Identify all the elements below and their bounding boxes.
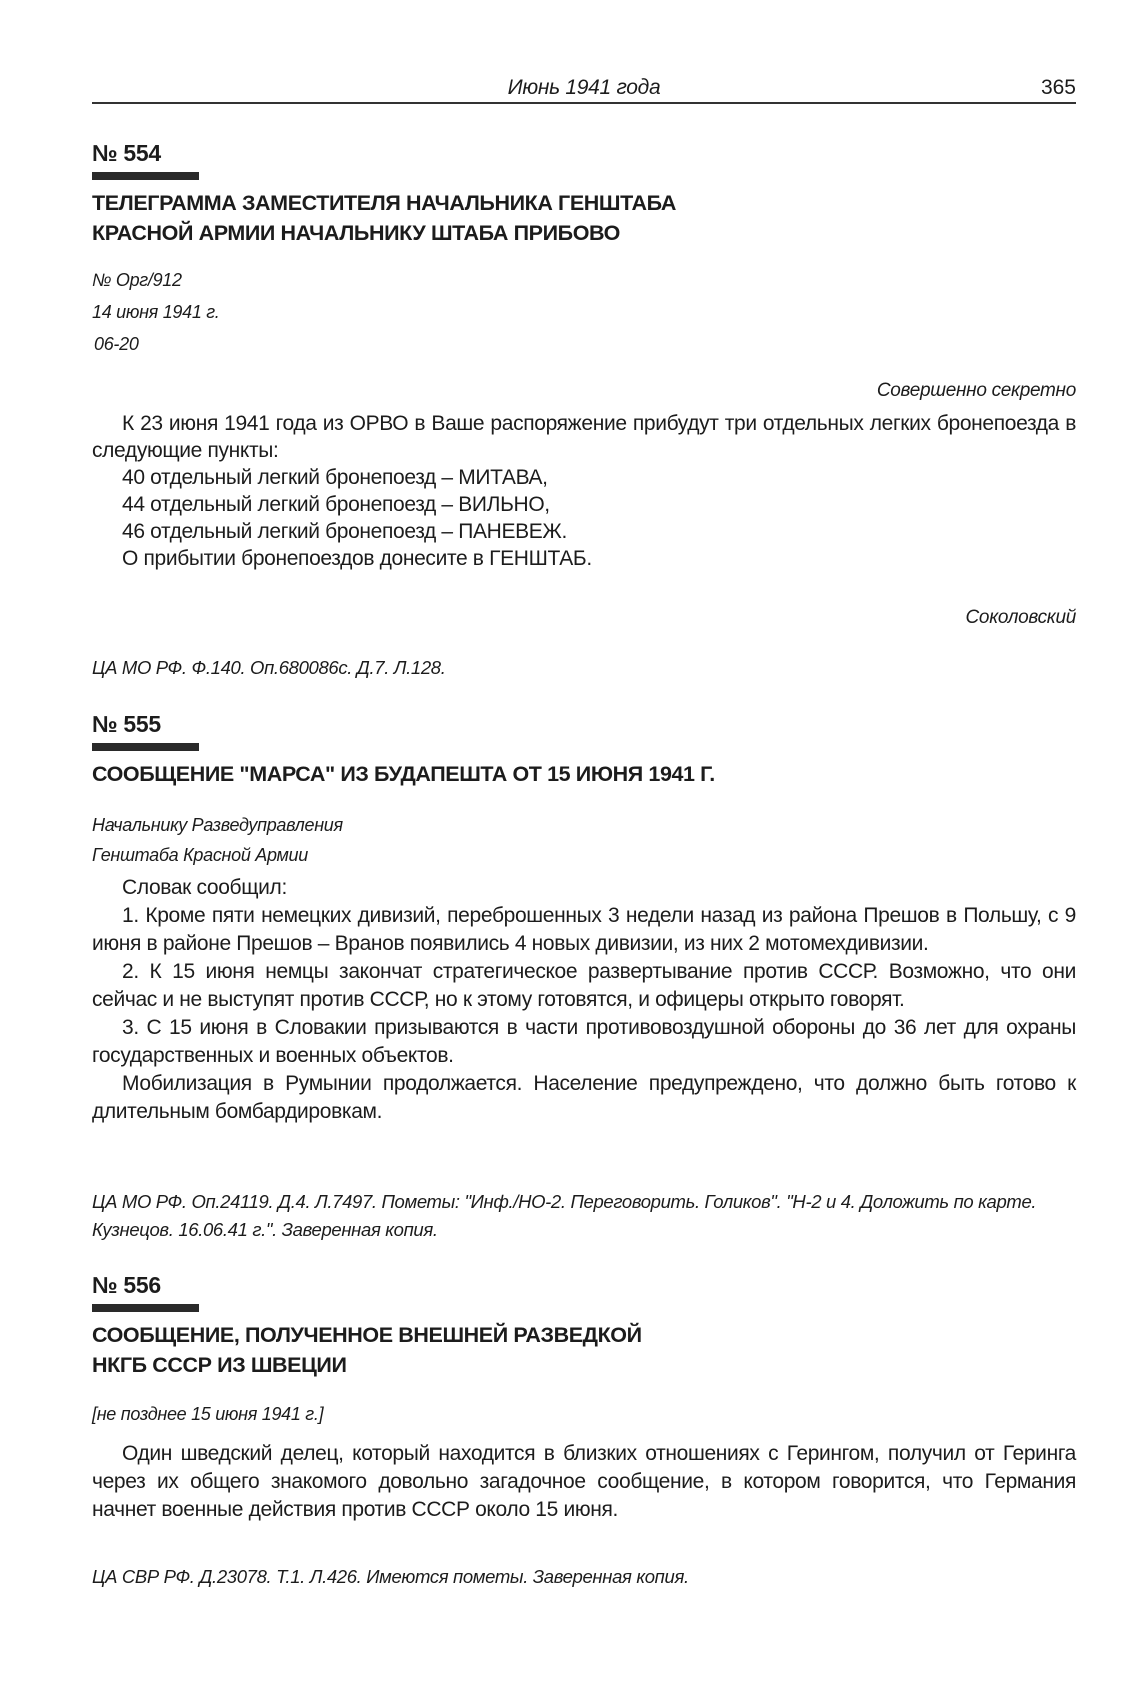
paragraph: 3. С 15 июня в Словакии призываются в ча… [92, 1014, 1076, 1070]
title-line: КРАСНОЙ АРМИИ НАЧАЛЬНИКУ ШТАБА ПРИБОВО [92, 218, 1076, 248]
header-rule [92, 102, 1076, 104]
addressee-line: Начальнику Разведуправления [92, 810, 343, 840]
document-number: № 556 [92, 1272, 161, 1299]
document-body: К 23 июня 1941 года из ОРВО в Ваше распо… [92, 410, 1076, 572]
document-number: № 554 [92, 140, 161, 167]
document-number: № 555 [92, 711, 161, 738]
reference-number: № Орг/912 [92, 270, 182, 291]
signature: Соколовский [966, 607, 1077, 629]
archive-source: ЦА МО РФ. Оп.24119. Д.4. Л.7497. Пометы:… [92, 1188, 1076, 1244]
document-date: 14 июня 1941 г. [92, 302, 220, 323]
title-line: ТЕЛЕГРАММА ЗАМЕСТИТЕЛЯ НАЧАЛЬНИКА ГЕНШТА… [92, 188, 1076, 218]
archive-source: ЦА СВР РФ. Д.23078. Т.1. Л.426. Имеются … [92, 1563, 1076, 1591]
document-date: [не позднее 15 июня 1941 г.] [92, 1404, 323, 1425]
document-title: СООБЩЕНИЕ "МАРСА" ИЗ БУДАПЕШТА ОТ 15 ИЮН… [92, 759, 1076, 789]
paragraph: 44 отдельный легкий бронепоезд – ВИЛЬНО, [92, 491, 1076, 518]
paragraph: Один шведский делец, который находится в… [92, 1440, 1076, 1524]
document-number-bar [92, 1304, 199, 1312]
paragraph: Мобилизация в Румынии продолжается. Насе… [92, 1070, 1076, 1126]
classification-label: Совершенно секретно [877, 380, 1076, 402]
addressee-line: Генштаба Красной Армии [92, 840, 343, 870]
running-header: Июнь 1941 года 365 [92, 68, 1076, 104]
paragraph: Словак сообщил: [92, 874, 1076, 902]
document-number-bar [92, 743, 199, 751]
document-body: Словак сообщил: 1. Кроме пяти немецких д… [92, 874, 1076, 1126]
archive-source: ЦА МО РФ. Ф.140. Оп.680086с. Д.7. Л.128. [92, 654, 1076, 682]
paragraph: 2. К 15 июня немцы закончат стратегическ… [92, 958, 1076, 1014]
running-title: Июнь 1941 года [92, 76, 1076, 100]
paragraph: 1. Кроме пяти немецких дивизий, переброш… [92, 902, 1076, 958]
document-time: 06-20 [94, 334, 139, 355]
addressee: Начальнику Разведуправления Генштаба Кра… [92, 810, 343, 870]
title-line: СООБЩЕНИЕ "МАРСА" ИЗ БУДАПЕШТА ОТ 15 ИЮН… [92, 759, 1076, 789]
paragraph: 46 отдельный легкий бронепоезд – ПАНЕВЕЖ… [92, 518, 1076, 545]
title-line: СООБЩЕНИЕ, ПОЛУЧЕННОЕ ВНЕШНЕЙ РАЗВЕДКОЙ [92, 1320, 1076, 1350]
paragraph: 40 отдельный легкий бронепоезд – МИТАВА, [92, 464, 1076, 491]
document-title: СООБЩЕНИЕ, ПОЛУЧЕННОЕ ВНЕШНЕЙ РАЗВЕДКОЙ … [92, 1320, 1076, 1380]
document-number-bar [92, 172, 199, 180]
paragraph: К 23 июня 1941 года из ОРВО в Ваше распо… [92, 410, 1076, 464]
title-line: НКГБ СССР ИЗ ШВЕЦИИ [92, 1350, 1076, 1380]
document-title: ТЕЛЕГРАММА ЗАМЕСТИТЕЛЯ НАЧАЛЬНИКА ГЕНШТА… [92, 188, 1076, 248]
paragraph: О прибытии бронепоездов донесите в ГЕНШТ… [92, 545, 1076, 572]
document-body: Один шведский делец, который находится в… [92, 1440, 1076, 1524]
page-number: 365 [1041, 76, 1076, 100]
